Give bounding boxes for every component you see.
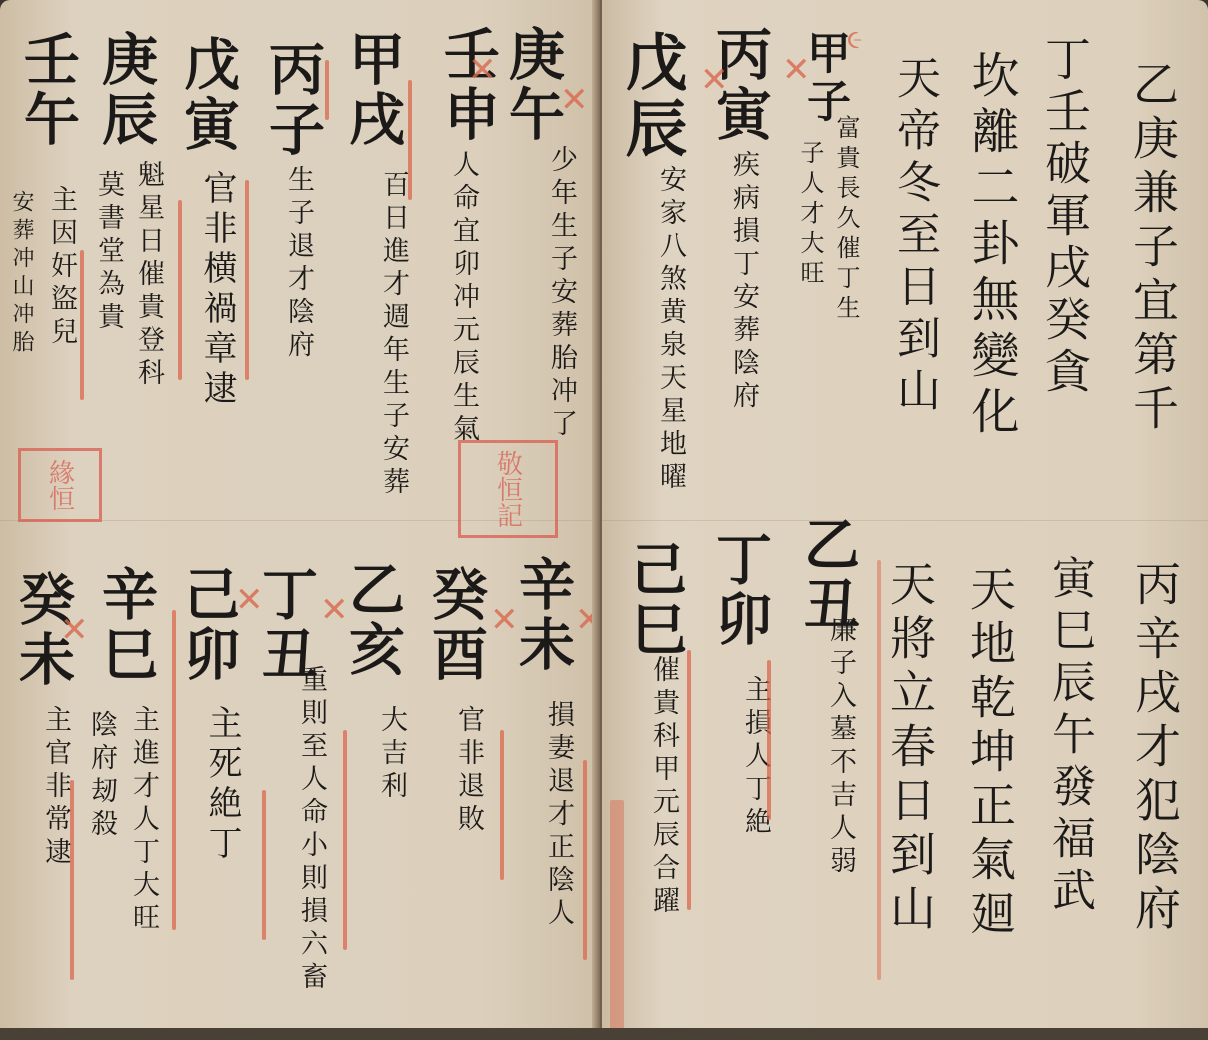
entry-line: 丙辛戌才犯陰府 (1132, 560, 1178, 938)
entry-line: 乙庚兼子宜第千 (1130, 60, 1176, 438)
entry-head: 庚午 (505, 25, 561, 145)
red-x-mark: ✕ (468, 50, 497, 90)
entry-text: 主官非常逮 (42, 705, 69, 870)
entry-text: 大吉利 (378, 705, 405, 804)
red-line-mark (80, 250, 84, 400)
entry-line: 丁壬破軍戌癸貪 (1042, 35, 1088, 399)
entry-text: 生子退才陰府 (285, 165, 312, 363)
right-page: 乙庚兼子宜第千 丁壬破軍戌癸貪 坎離二卦無變化 天帝冬至日到山 甲子 富貴長久催… (602, 0, 1208, 1040)
red-x-mark: ૯ (847, 25, 862, 56)
entry-text: 主因奸盜兒 (48, 185, 75, 350)
entry-text: 魁星日催貴登科 (135, 160, 162, 391)
entry-line: 天地乾坤正氣廻 (967, 565, 1013, 943)
entry-text: 損妻退才正陰人 (545, 700, 572, 931)
entry-head: 庚辰 (98, 30, 154, 150)
entry-head: 辛未 (515, 555, 571, 675)
entry-head: 甲戌 (345, 30, 401, 150)
entry-text: 安家八煞黄泉天星地曜 (657, 165, 684, 495)
entry-line: 寅巳辰午發福武 (1047, 555, 1091, 919)
entry-text: 官非横禍章逮 (200, 170, 234, 410)
red-line-mark (178, 200, 182, 380)
entry-line: 坎離二卦無變化 (967, 50, 1015, 442)
entry-text-secondary: 安葬冲山冲胎 (10, 190, 32, 358)
entry-head: 己卯 (180, 565, 236, 685)
red-line-mark (343, 730, 347, 950)
entry-head: 壬午 (20, 30, 76, 150)
seal-stamp: 敬恒記 (458, 440, 558, 538)
red-x-mark: ✕ (320, 590, 349, 630)
entry-text: 官非退敗 (455, 705, 482, 837)
entry-text: 疾病損丁安葬陰府 (730, 150, 757, 414)
entry-text: 少年生子安葬胎冲了 (548, 145, 575, 442)
entry-text-secondary: 子人才大旺 (798, 140, 822, 290)
entry-head: 己巳 (627, 540, 683, 660)
entry-line: 天將立春日到山 (887, 560, 933, 938)
red-line-mark (583, 760, 587, 960)
red-x-mark: ✕ (700, 60, 729, 100)
entry-head: 戊寅 (180, 35, 236, 155)
divider (602, 520, 1208, 521)
red-line-mark (767, 660, 771, 820)
table-surface (0, 1028, 1208, 1040)
red-x-mark: ✕ (60, 610, 89, 650)
entry-head: 癸酉 (428, 565, 484, 685)
red-x-mark: ✕ (235, 580, 264, 620)
entry-text: 百日進才週年生子安葬 (380, 170, 407, 500)
entry-text: 催貴科甲元辰合躍 (650, 655, 677, 919)
entry-head: 乙亥 (345, 560, 401, 680)
entry-head: 丙子 (265, 40, 321, 160)
seal-stamp: 緣恒 (18, 448, 102, 522)
manuscript-spread: 庚午 少年生子安葬胎冲了 壬申 人命宜卯冲元辰生氣 甲戌 百日進才週年生子安葬 … (0, 0, 1208, 1040)
entry-text-secondary: 陰府刼殺 (88, 710, 115, 842)
red-line-mark (245, 180, 249, 380)
entry-text: 主死絶丁 (205, 705, 239, 865)
red-line-mark (70, 780, 74, 980)
red-x-mark: ✕ (560, 80, 589, 120)
red-line-mark (325, 60, 329, 120)
entry-text: 人命宜卯冲元辰生氣 (450, 150, 477, 447)
red-line-mark (877, 560, 881, 980)
red-line-mark (262, 790, 266, 940)
entry-head: 辛巳 (98, 565, 154, 685)
entry-text: 富貴長久催丁生 (834, 115, 858, 325)
entry-text: 主損人丁絶 (742, 675, 769, 840)
entry-text: 重則至人命小則損六畜 (298, 665, 325, 995)
entry-text-secondary: 莫書堂為貴 (95, 170, 122, 335)
entry-text: 廉子入墓不吉人弱 (827, 615, 854, 879)
red-x-mark: ✕ (782, 50, 811, 90)
red-line-mark (500, 730, 504, 880)
left-page: 庚午 少年生子安葬胎冲了 壬申 人命宜卯冲元辰生氣 甲戌 百日進才週年生子安葬 … (0, 0, 598, 1040)
red-x-mark: ✕ (490, 600, 519, 640)
entry-line: 天帝冬至日到山 (892, 55, 936, 419)
entry-head: 丁卯 (712, 530, 768, 650)
red-line-mark (408, 80, 412, 200)
red-line-mark (687, 650, 691, 910)
red-line-mark (172, 610, 176, 930)
red-smudge (610, 800, 624, 1030)
entry-head: 戊辰 (620, 30, 682, 162)
entry-text: 主進才人丁大旺 (130, 705, 157, 936)
